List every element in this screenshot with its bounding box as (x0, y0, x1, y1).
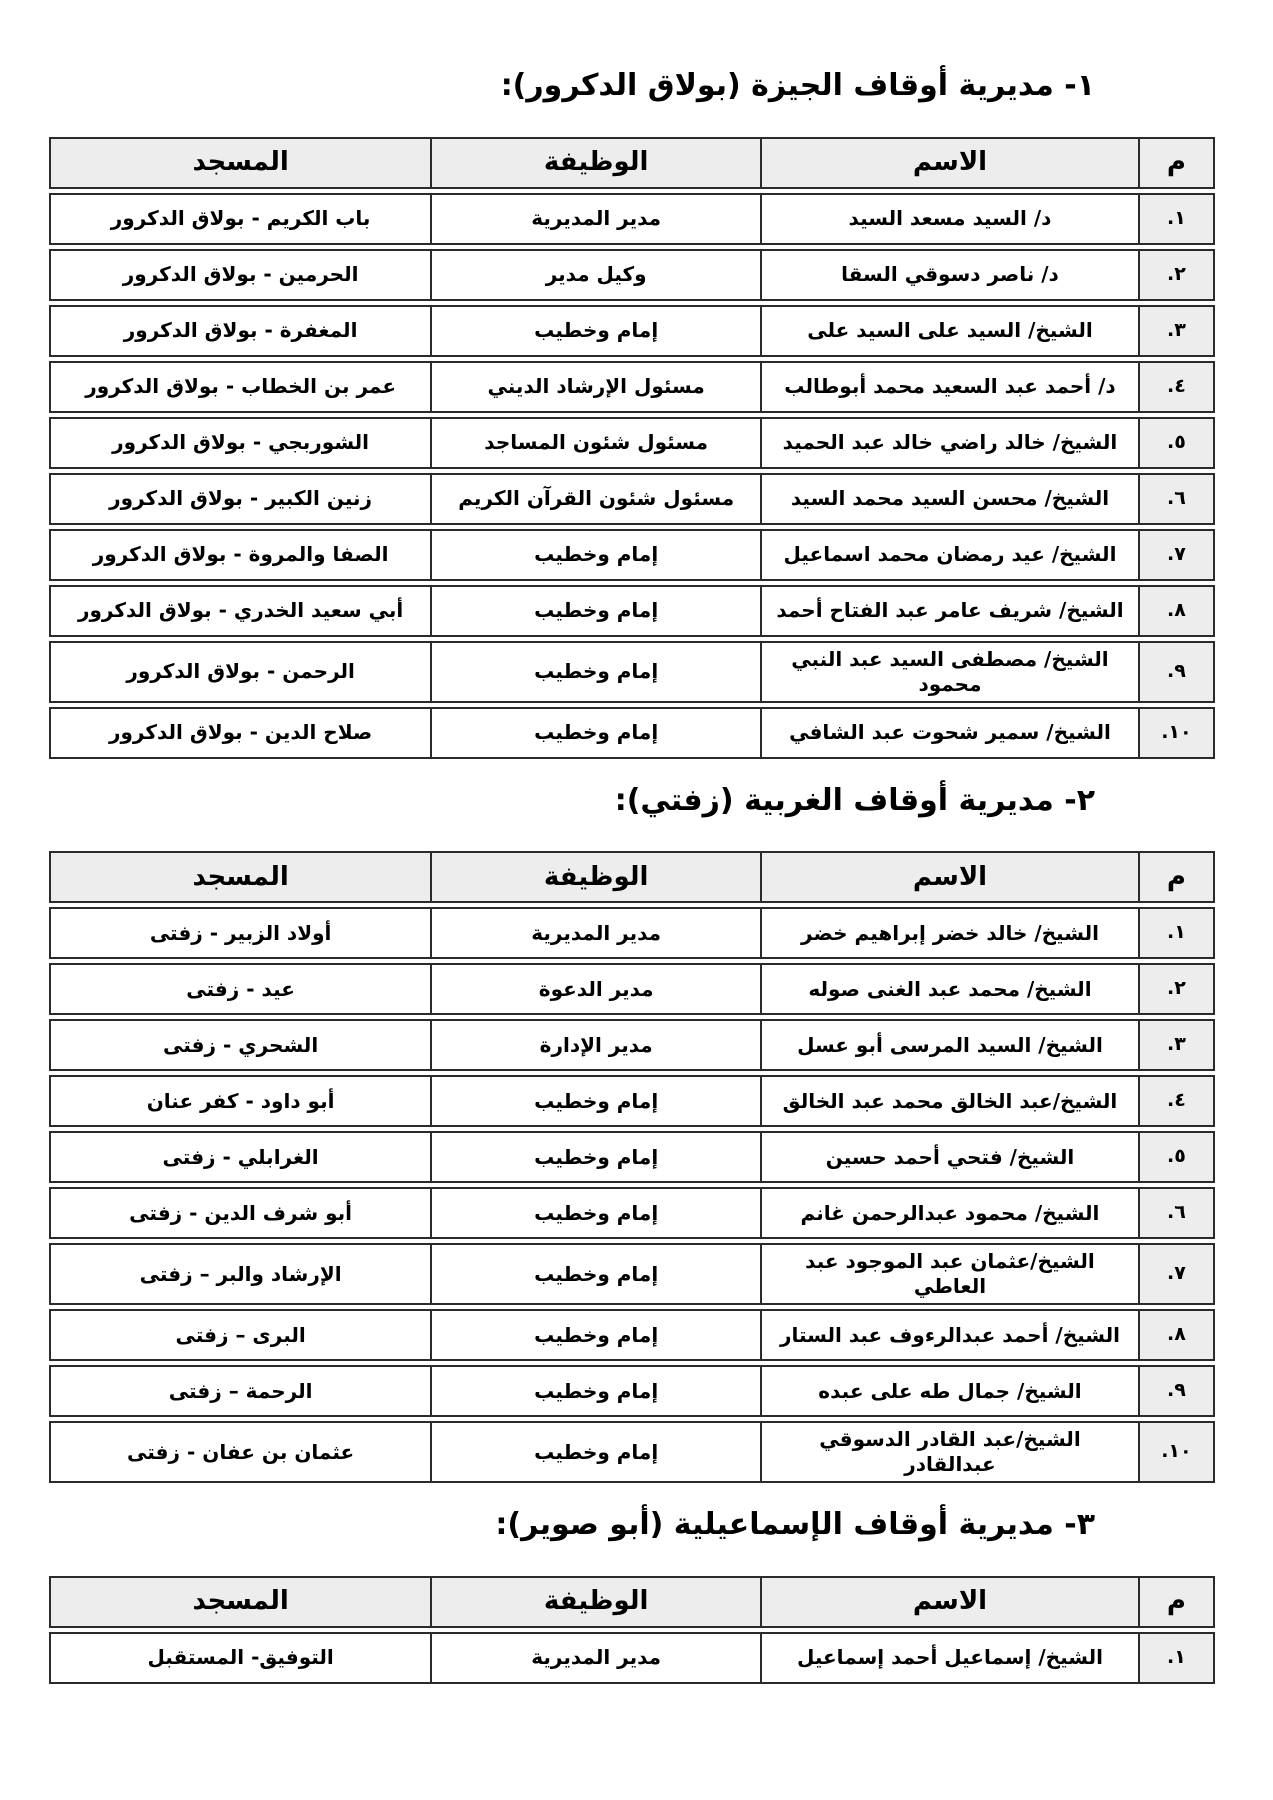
table-header-row: م الاسم الوظيفة المسجد (49, 1576, 1215, 1628)
official-name: الشيخ/ إسماعيل أحمد إسماعيل (762, 1634, 1140, 1682)
official-name: الشيخ/ سمير شحوت عبد الشافي (762, 709, 1140, 757)
table-row: ٨. الشيخ/ أحمد عبدالرءوف عبد الستار إمام… (49, 1309, 1215, 1361)
table-row: ٩. الشيخ/ مصطفى السيد عبد النبي محمود إم… (49, 641, 1215, 703)
official-name: الشيخ/ شريف عامر عبد الفتاح أحمد (762, 587, 1140, 635)
mosque-name: المغفرة - بولاق الدكرور (51, 307, 432, 355)
job-title: إمام وخطيب (432, 1133, 762, 1181)
official-name: الشيخ/ السيد المرسى أبو عسل (762, 1021, 1140, 1069)
col-header-index: م (1140, 139, 1213, 187)
job-title: إمام وخطيب (432, 1077, 762, 1125)
mosque-name: زنين الكبير - بولاق الدكرور (51, 475, 432, 523)
mosque-name: الحرمين - بولاق الدكرور (51, 251, 432, 299)
table-row: ٢. د/ ناصر دسوقي السقا وكيل مدير الحرمين… (49, 249, 1215, 301)
mosque-name: الشوربجي - بولاق الدكرور (51, 419, 432, 467)
mosque-name: الرحمة – زفتى (51, 1367, 432, 1415)
row-index: ٦. (1140, 1189, 1213, 1237)
row-index: ١٠. (1140, 1423, 1213, 1481)
table-row: ٦. الشيخ/ محمود عبدالرحمن غانم إمام وخطي… (49, 1187, 1215, 1239)
job-title: إمام وخطيب (432, 643, 762, 701)
mosque-name: أبو داود - كفر عنان (51, 1077, 432, 1125)
job-title: مدير المديرية (432, 909, 762, 957)
job-title: إمام وخطيب (432, 1423, 762, 1481)
job-title: إمام وخطيب (432, 531, 762, 579)
official-name: الشيخ/عثمان عبد الموجود عبد العاطي (762, 1245, 1140, 1303)
officials-table: م الاسم الوظيفة المسجد ١. الشيخ/ إسماعيل… (49, 1576, 1215, 1684)
row-index: ٤. (1140, 1077, 1213, 1125)
section-heading: ٣- مديرية أوقاف الإسماعيلية (أبو صوير): (49, 1505, 1095, 1546)
row-index: ٥. (1140, 1133, 1213, 1181)
job-title: إمام وخطيب (432, 709, 762, 757)
table-row: ١٠. الشيخ/عبد القادر الدسوقي عبدالقادر إ… (49, 1421, 1215, 1483)
official-name: الشيخ/ مصطفى السيد عبد النبي محمود (762, 643, 1140, 701)
table-row: ٧. الشيخ/ عيد رمضان محمد اسماعيل إمام وخ… (49, 529, 1215, 581)
mosque-name: أبو شرف الدين - زفتى (51, 1189, 432, 1237)
job-title: مدير المديرية (432, 1634, 762, 1682)
table-row: ١. الشيخ/ خالد خضر إبراهيم خضر مدير المد… (49, 907, 1215, 959)
row-index: ٨. (1140, 587, 1213, 635)
col-header-index: م (1140, 853, 1213, 901)
col-header-mosque: المسجد (51, 1578, 432, 1626)
job-title: مدير المديرية (432, 195, 762, 243)
official-name: الشيخ/ جمال طه على عبده (762, 1367, 1140, 1415)
job-title: مسئول الإرشاد الديني (432, 363, 762, 411)
officials-table: م الاسم الوظيفة المسجد ١. الشيخ/ خالد خض… (49, 851, 1215, 1483)
mosque-name: أبي سعيد الخدري - بولاق الدكرور (51, 587, 432, 635)
official-name: الشيخ/ خالد راضي خالد عبد الحميد (762, 419, 1140, 467)
official-name: الشيخ/ محمد عبد الغنى صوله (762, 965, 1140, 1013)
col-header-job: الوظيفة (432, 853, 762, 901)
table-row: ٨. الشيخ/ شريف عامر عبد الفتاح أحمد إمام… (49, 585, 1215, 637)
job-title: إمام وخطيب (432, 1311, 762, 1359)
mosque-name: الغرابلي - زفتى (51, 1133, 432, 1181)
row-index: ١. (1140, 195, 1213, 243)
job-title: إمام وخطيب (432, 587, 762, 635)
job-title: إمام وخطيب (432, 1245, 762, 1303)
official-name: د/ ناصر دسوقي السقا (762, 251, 1140, 299)
official-name: الشيخ/ فتحي أحمد حسين (762, 1133, 1140, 1181)
mosque-name: عيد - زفتى (51, 965, 432, 1013)
mosque-name: أولاد الزبير - زفتى (51, 909, 432, 957)
table-row: ٣. الشيخ/ السيد المرسى أبو عسل مدير الإد… (49, 1019, 1215, 1071)
official-name: الشيخ/ عيد رمضان محمد اسماعيل (762, 531, 1140, 579)
table-row: ٥. الشيخ/ فتحي أحمد حسين إمام وخطيب الغر… (49, 1131, 1215, 1183)
mosque-name: الشحري - زفتى (51, 1021, 432, 1069)
official-name: الشيخ/ أحمد عبدالرءوف عبد الستار (762, 1311, 1140, 1359)
table-row: ٤. الشيخ/عبد الخالق محمد عبد الخالق إمام… (49, 1075, 1215, 1127)
official-name: د/ أحمد عبد السعيد محمد أبوطالب (762, 363, 1140, 411)
official-name: الشيخ/ السيد على السيد على (762, 307, 1140, 355)
col-header-name: الاسم (762, 853, 1140, 901)
col-header-job: الوظيفة (432, 1578, 762, 1626)
row-index: ٢. (1140, 251, 1213, 299)
job-title: إمام وخطيب (432, 1367, 762, 1415)
col-header-mosque: المسجد (51, 139, 432, 187)
row-index: ٢. (1140, 965, 1213, 1013)
table-row: ١. الشيخ/ إسماعيل أحمد إسماعيل مدير المد… (49, 1632, 1215, 1684)
job-title: مدير الدعوة (432, 965, 762, 1013)
col-header-index: م (1140, 1578, 1213, 1626)
row-index: ٨. (1140, 1311, 1213, 1359)
row-index: ١. (1140, 909, 1213, 957)
table-row: ٤. د/ أحمد عبد السعيد محمد أبوطالب مسئول… (49, 361, 1215, 413)
section-heading: ٢- مديرية أوقاف الغربية (زفتي): (49, 781, 1095, 822)
row-index: ٦. (1140, 475, 1213, 523)
row-index: ١٠. (1140, 709, 1213, 757)
official-name: الشيخ/ محسن السيد محمد السيد (762, 475, 1140, 523)
job-title: وكيل مدير (432, 251, 762, 299)
directorate-section-giza: ١- مديرية أوقاف الجيزة (بولاق الدكرور): … (49, 66, 1215, 759)
table-row: ٢. الشيخ/ محمد عبد الغنى صوله مدير الدعو… (49, 963, 1215, 1015)
directorate-section-ismailia: ٣- مديرية أوقاف الإسماعيلية (أبو صوير): … (49, 1505, 1215, 1684)
mosque-name: عثمان بن عفان - زفتى (51, 1423, 432, 1481)
row-index: ٧. (1140, 1245, 1213, 1303)
table-row: ٩. الشيخ/ جمال طه على عبده إمام وخطيب ال… (49, 1365, 1215, 1417)
directorate-section-gharbia: ٢- مديرية أوقاف الغربية (زفتي): م الاسم … (49, 781, 1215, 1484)
col-header-mosque: المسجد (51, 853, 432, 901)
job-title: إمام وخطيب (432, 1189, 762, 1237)
mosque-name: باب الكريم - بولاق الدكرور (51, 195, 432, 243)
job-title: مسئول شئون القرآن الكريم (432, 475, 762, 523)
col-header-job: الوظيفة (432, 139, 762, 187)
row-index: ٥. (1140, 419, 1213, 467)
row-index: ٩. (1140, 643, 1213, 701)
mosque-name: التوفيق- المستقبل (51, 1634, 432, 1682)
table-row: ١. د/ السيد مسعد السيد مدير المديرية باب… (49, 193, 1215, 245)
row-index: ٣. (1140, 307, 1213, 355)
row-index: ٤. (1140, 363, 1213, 411)
mosque-name: الرحمن - بولاق الدكرور (51, 643, 432, 701)
job-title: مسئول شئون المساجد (432, 419, 762, 467)
job-title: مدير الإدارة (432, 1021, 762, 1069)
row-index: ٩. (1140, 1367, 1213, 1415)
table-row: ٦. الشيخ/ محسن السيد محمد السيد مسئول شئ… (49, 473, 1215, 525)
official-name: د/ السيد مسعد السيد (762, 195, 1140, 243)
table-header-row: م الاسم الوظيفة المسجد (49, 137, 1215, 189)
official-name: الشيخ/ محمود عبدالرحمن غانم (762, 1189, 1140, 1237)
mosque-name: صلاح الدين - بولاق الدكرور (51, 709, 432, 757)
document-page: ١- مديرية أوقاف الجيزة (بولاق الدكرور): … (0, 0, 1273, 1800)
col-header-name: الاسم (762, 139, 1140, 187)
official-name: الشيخ/عبد القادر الدسوقي عبدالقادر (762, 1423, 1140, 1481)
table-row: ٧. الشيخ/عثمان عبد الموجود عبد العاطي إم… (49, 1243, 1215, 1305)
table-row: ٥. الشيخ/ خالد راضي خالد عبد الحميد مسئو… (49, 417, 1215, 469)
section-heading: ١- مديرية أوقاف الجيزة (بولاق الدكرور): (49, 66, 1095, 107)
row-index: ٣. (1140, 1021, 1213, 1069)
row-index: ٧. (1140, 531, 1213, 579)
official-name: الشيخ/ خالد خضر إبراهيم خضر (762, 909, 1140, 957)
table-row: ١٠. الشيخ/ سمير شحوت عبد الشافي إمام وخط… (49, 707, 1215, 759)
officials-table: م الاسم الوظيفة المسجد ١. د/ السيد مسعد … (49, 137, 1215, 759)
table-row: ٣. الشيخ/ السيد على السيد على إمام وخطيب… (49, 305, 1215, 357)
mosque-name: البرى – زفتى (51, 1311, 432, 1359)
job-title: إمام وخطيب (432, 307, 762, 355)
table-header-row: م الاسم الوظيفة المسجد (49, 851, 1215, 903)
mosque-name: عمر بن الخطاب - بولاق الدكرور (51, 363, 432, 411)
official-name: الشيخ/عبد الخالق محمد عبد الخالق (762, 1077, 1140, 1125)
mosque-name: الصفا والمروة - بولاق الدكرور (51, 531, 432, 579)
mosque-name: الإرشاد والبر – زفتى (51, 1245, 432, 1303)
col-header-name: الاسم (762, 1578, 1140, 1626)
row-index: ١. (1140, 1634, 1213, 1682)
